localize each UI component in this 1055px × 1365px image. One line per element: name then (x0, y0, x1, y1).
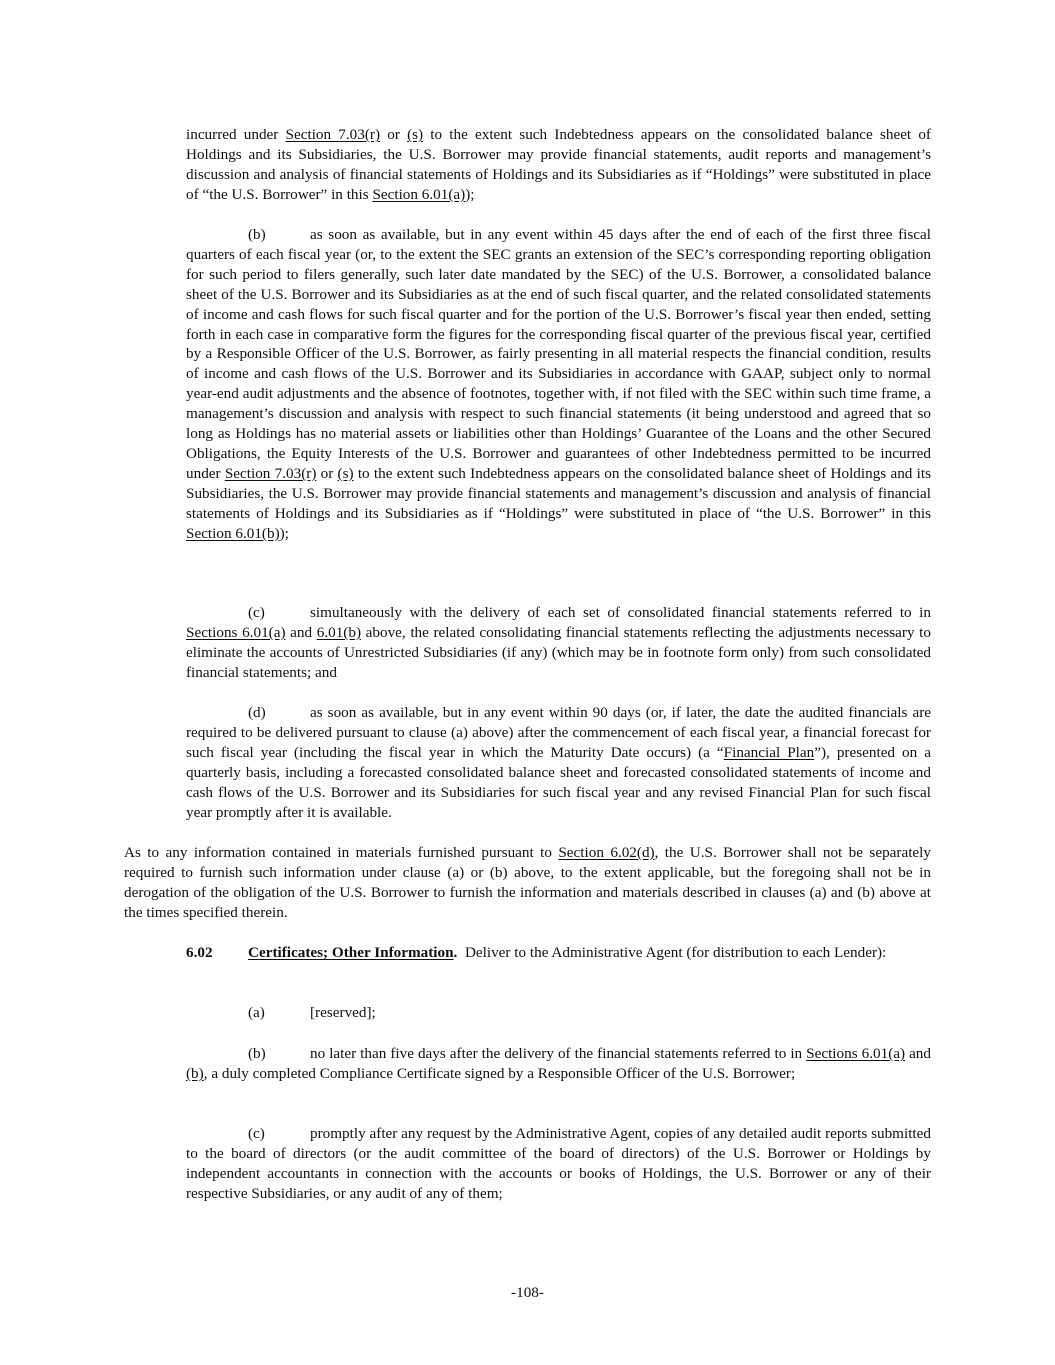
cross-reference-link[interactable]: (s) (338, 465, 354, 482)
clause-label: (c) (248, 1124, 310, 1144)
section-number: 6.02 (186, 943, 248, 963)
paragraph-6-01-a-continuation: incurred under Section 7.03(r) or (s) to… (186, 125, 931, 205)
cross-reference-link[interactable]: Sections 6.01(a) (186, 624, 286, 641)
paragraph-6-01-b: (b)as soon as available, but in any even… (186, 225, 931, 544)
section-title: Certificates; Other Information (248, 944, 454, 961)
defined-term-link[interactable]: Financial Plan (724, 744, 815, 761)
page-number: -108- (0, 1284, 1055, 1302)
paragraph-6-01-c: (c)simultaneously with the delivery of e… (186, 603, 931, 683)
cross-reference-link[interactable]: 6.01(b) (317, 624, 361, 641)
paragraph-as-to-information: As to any information contained in mater… (124, 843, 931, 923)
clause-label: (a) (248, 1003, 310, 1023)
cross-reference-link[interactable]: Section 6.01(a) (372, 186, 465, 203)
paragraph-6-02-c: (c)promptly after any request by the Adm… (186, 1124, 931, 1204)
clause-label: (b) (248, 1044, 310, 1064)
cross-reference-link[interactable]: Section 6.02(d) (558, 844, 654, 861)
paragraph-6-01-d: (d)as soon as available, but in any even… (186, 703, 931, 822)
cross-reference-link[interactable]: (s) (407, 126, 423, 143)
cross-reference-link[interactable]: Section 7.03(r) (286, 126, 381, 143)
cross-reference-link[interactable]: Section 6.01(b) (186, 525, 280, 542)
cross-reference-link[interactable]: Sections 6.01(a) (806, 1045, 905, 1062)
document-page: incurred under Section 7.03(r) or (s) to… (0, 0, 1055, 1365)
section-6-02-heading: 6.02Certificates; Other Information. Del… (124, 943, 931, 963)
paragraph-6-02-a: (a)[reserved]; (186, 1003, 931, 1023)
clause-label: (c) (248, 603, 310, 623)
paragraph-6-02-b: (b)no later than five days after the del… (186, 1044, 931, 1084)
clause-label: (b) (248, 225, 310, 245)
cross-reference-link[interactable]: Section 7.03(r) (225, 465, 317, 482)
cross-reference-link[interactable]: (b) (186, 1065, 204, 1082)
clause-label: (d) (248, 703, 310, 723)
